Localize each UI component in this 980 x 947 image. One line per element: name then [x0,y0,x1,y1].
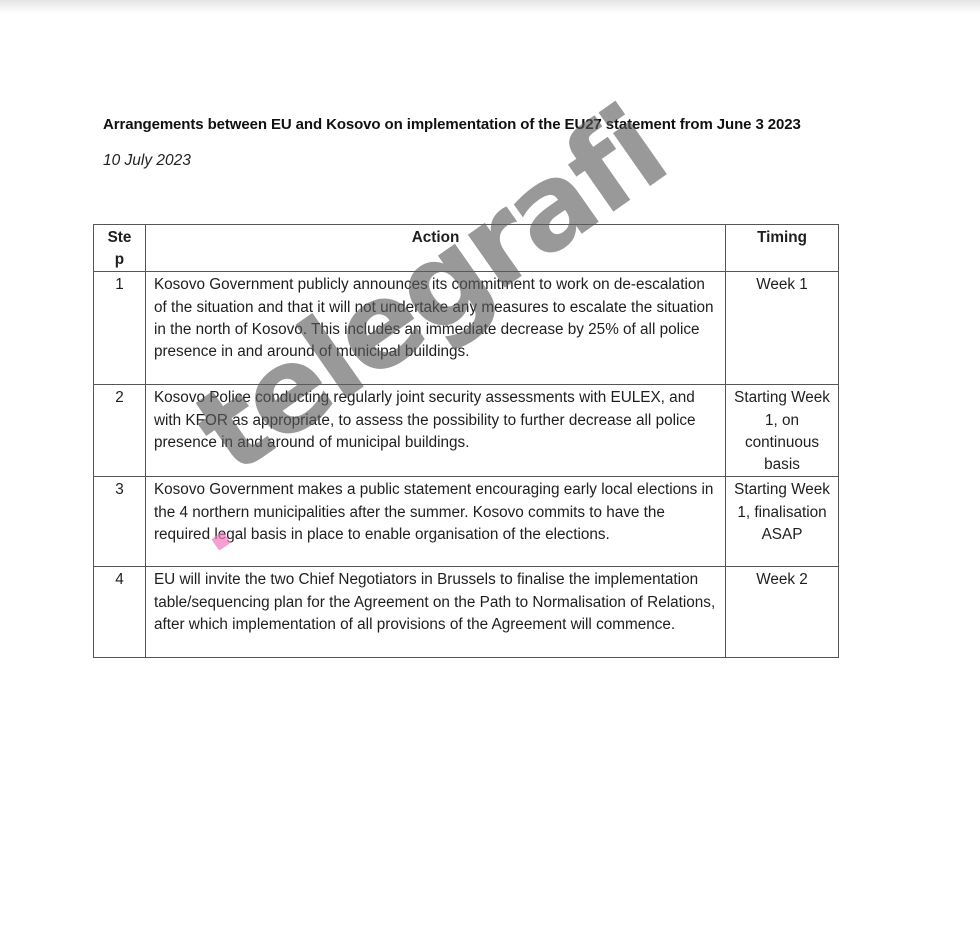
column-header-step: Step [94,225,146,272]
table-row: 4 EU will invite the two Chief Negotiato… [94,567,839,658]
column-header-timing: Timing [726,225,839,272]
action-text: Kosovo Government publicly announces its… [145,272,725,385]
timing-text: Week 2 [726,567,839,658]
step-number: 4 [94,567,146,658]
step-number: 3 [94,477,146,567]
step-number: 2 [94,385,146,477]
timing-text: Week 1 [726,272,839,385]
action-text: Kosovo Government makes a public stateme… [145,477,725,567]
action-text: EU will invite the two Chief Negotiators… [145,567,725,658]
table-row: 2 Kosovo Police conducting regularly joi… [94,385,839,477]
table-row: 1 Kosovo Government publicly announces i… [94,272,839,385]
document-date: 10 July 2023 [103,152,191,170]
document-title: Arrangements between EU and Kosovo on im… [103,116,801,133]
arrangements-table: Step Action Timing 1 Kosovo Government p… [93,224,839,658]
column-header-action: Action [145,225,725,272]
table-row: 3 Kosovo Government makes a public state… [94,477,839,567]
timing-text: Starting Week 1, finalisation ASAP [726,477,839,567]
step-number: 1 [94,272,146,385]
table-header-row: Step Action Timing [94,225,839,272]
timing-text: Starting Week 1, on continuous basis [726,385,839,477]
action-text: Kosovo Police conducting regularly joint… [145,385,725,477]
page-top-shadow [0,0,980,14]
